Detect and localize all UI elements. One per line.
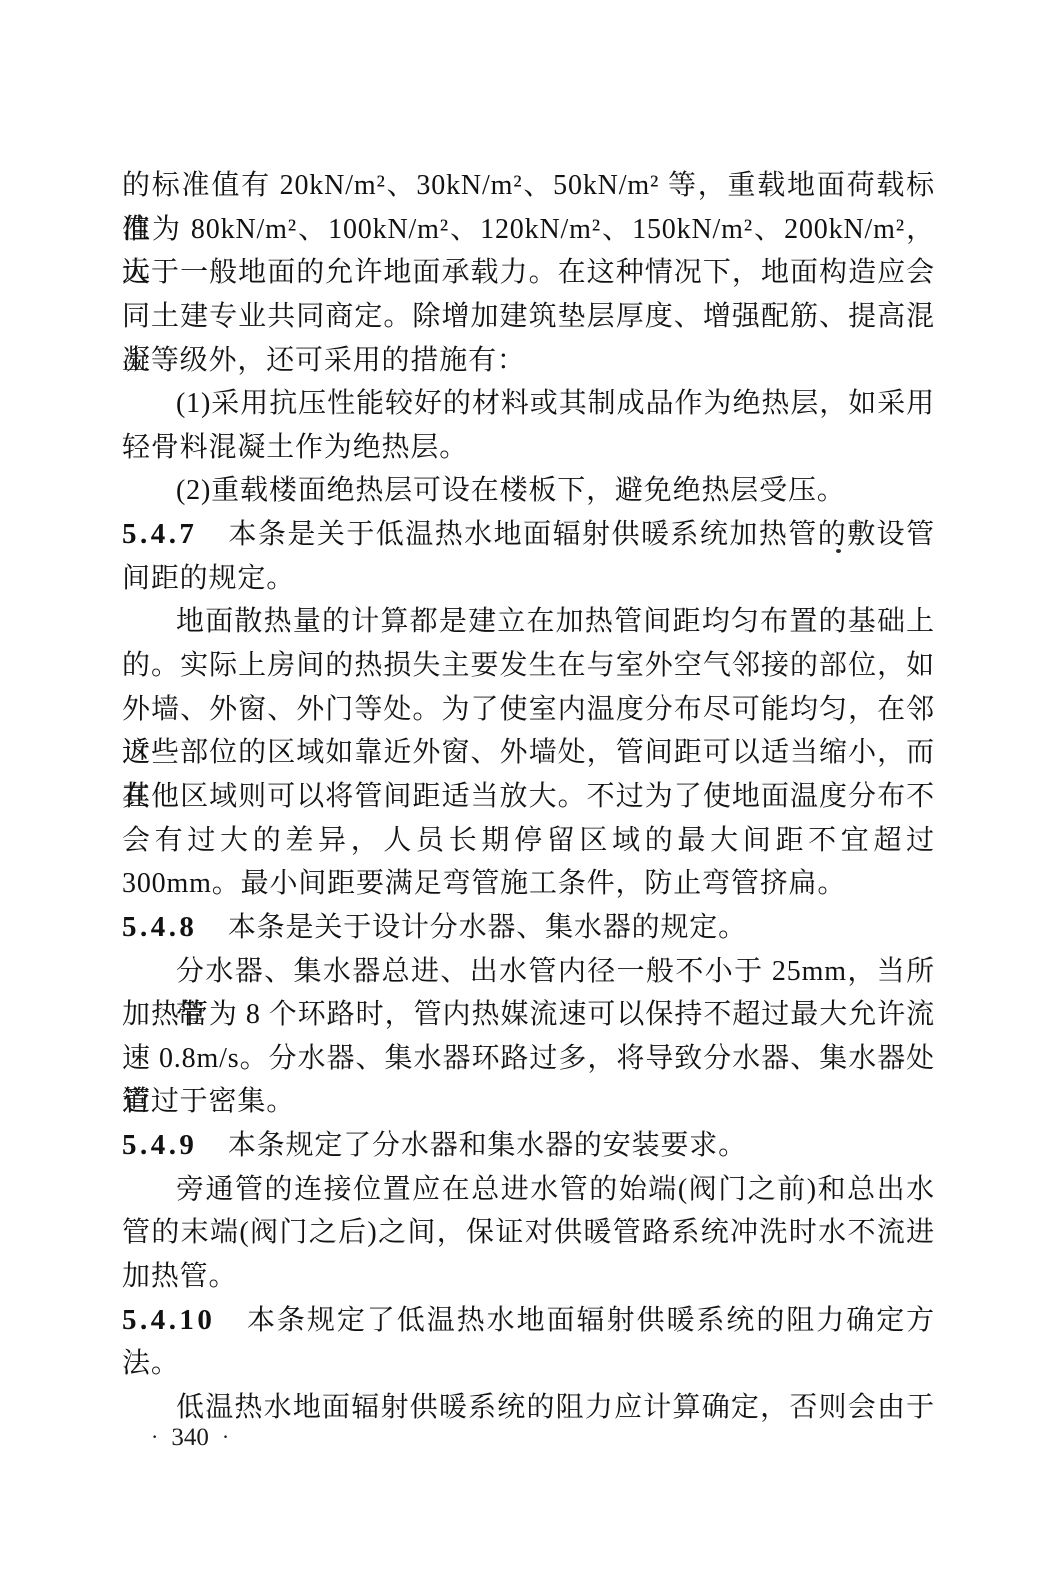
text-line: 速 0.8m/s。分水器、集水器环路过多，将导致分水器、集水器处管 [122,1037,935,1081]
text-line: 大于一般地面的允许地面承载力。在这种情况下，地面构造应会 [122,251,935,295]
section-number: 5.4.7 [122,518,197,550]
text-line: 5.4.9本条规定了分水器和集水器的安装要求。 [122,1124,935,1168]
line-text: 旁通管的连接位置应在总进水管的始端(阀门之前)和总出水 [176,1174,935,1205]
text-line: 值为 80kN/m²、100kN/m²、120kN/m²、150kN/m²、20… [122,208,935,252]
line-text: 土等级外，还可采用的措施有： [122,345,526,376]
text-line: 同土建专业共同商定。除增加建筑垫层厚度、增强配筋、提高混凝 [122,295,935,339]
footer-left-dot: · [151,1424,158,1449]
page-footer: ·340· [138,1422,242,1453]
text-line: 的标准值有 20kN/m²、30kN/m²、50kN/m² 等，重载地面荷载标准 [122,164,935,208]
line-text: 本条是关于设计分水器、集水器的规定。 [228,912,747,943]
scanned-document-page: 的标准值有 20kN/m²、30kN/m²、50kN/m² 等，重载地面荷载标准… [0,0,1053,1578]
text-line: 会有过大的差异，人员长期停留区域的最大间距不宜超过 [122,819,935,863]
text-line: 低温热水地面辐射供暖系统的阻力应计算确定，否则会由于 [122,1386,935,1430]
line-text: 300mm。最小间距要满足弯管施工条件，防止弯管挤扁。 [122,868,846,899]
line-text: 地面散热量的计算都是建立在加热管间距均匀布置的基础上 [176,606,935,637]
text-line: 其他区域则可以将管间距适当放大。不过为了使地面温度分布不 [122,775,935,819]
text-line: 的。实际上房间的热损失主要发生在与室外空气邻接的部位，如 [122,644,935,688]
text-line: 土等级外，还可采用的措施有： [122,339,935,383]
text-line: 分水器、集水器总进、出水管内径一般不小于 25mm，当所带 [122,950,935,994]
line-text: 法。 [122,1348,180,1379]
text-line: 加热管。 [122,1255,935,1299]
text-line: 外墙、外窗、外门等处。为了使室内温度分布尽可能均匀，在邻近 [122,688,935,732]
text-line: 这些部位的区域如靠近外窗、外墙处，管间距可以适当缩小，而在 [122,731,935,775]
text-line: 管的末端(阀门之后)之间，保证对供暖管路系统冲洗时水不流进 [122,1211,935,1255]
line-text: 加热管为 8 个环路时，管内热媒流速可以保持不超过最大允许流 [122,999,935,1030]
line-text: 加热管。 [122,1261,237,1292]
scan-speck-artifact [836,549,841,553]
page-number: 340 [171,1424,209,1451]
section-number: 5.4.10 [122,1304,215,1336]
line-text: 其他区域则可以将管间距适当放大。不过为了使地面温度分布不 [122,781,935,812]
line-text: 间距的规定。 [122,563,295,594]
section-number: 5.4.9 [122,1129,197,1161]
line-text: 会有过大的差异，人员长期停留区域的最大间距不宜超过 [122,825,935,856]
line-text: 道过于密集。 [122,1086,295,1117]
text-line: 轻骨料混凝土作为绝热层。 [122,426,935,470]
footer-right-dot: · [222,1424,229,1449]
line-text: 的。实际上房间的热损失主要发生在与室外空气邻接的部位，如 [122,650,935,681]
line-text: 本条规定了低温热水地面辐射供暖系统的阻力确定方 [246,1305,935,1336]
line-text: 轻骨料混凝土作为绝热层。 [122,432,468,463]
section-number: 5.4.8 [122,911,197,943]
text-line: 300mm。最小间距要满足弯管施工条件，防止弯管挤扁。 [122,862,935,906]
text-line: 加热管为 8 个环路时，管内热媒流速可以保持不超过最大允许流 [122,993,935,1037]
text-line: 5.4.8本条是关于设计分水器、集水器的规定。 [122,906,935,950]
line-text: 管的末端(阀门之后)之间，保证对供暖管路系统冲洗时水不流进 [122,1217,935,1248]
line-text: 本条是关于低温热水地面辐射供暖系统加热管的敷设管 [228,519,935,550]
text-line: (2)重载楼面绝热层可设在楼板下，避免绝热层受压。 [122,469,935,513]
text-line: 5.4.10本条规定了低温热水地面辐射供暖系统的阻力确定方 [122,1299,935,1343]
text-line: 道过于密集。 [122,1080,935,1124]
text-line: 法。 [122,1342,935,1386]
text-line: 旁通管的连接位置应在总进水管的始端(阀门之前)和总出水 [122,1168,935,1212]
line-text: (1)采用抗压性能较好的材料或其制成品作为绝热层，如采用 [176,388,935,419]
text-line: 5.4.7本条是关于低温热水地面辐射供暖系统加热管的敷设管 [122,513,935,557]
text-line: 间距的规定。 [122,557,935,601]
line-text: 低温热水地面辐射供暖系统的阻力应计算确定，否则会由于 [176,1392,935,1423]
line-text: 大于一般地面的允许地面承载力。在这种情况下，地面构造应会 [122,257,935,288]
text-line: (1)采用抗压性能较好的材料或其制成品作为绝热层，如采用 [122,382,935,426]
text-line: 地面散热量的计算都是建立在加热管间距均匀布置的基础上 [122,600,935,644]
text-lines: 的标准值有 20kN/m²、30kN/m²、50kN/m² 等，重载地面荷载标准… [122,164,935,1430]
line-text: 本条规定了分水器和集水器的安装要求。 [228,1130,747,1161]
line-text: (2)重载楼面绝热层可设在楼板下，避免绝热层受压。 [176,475,846,506]
